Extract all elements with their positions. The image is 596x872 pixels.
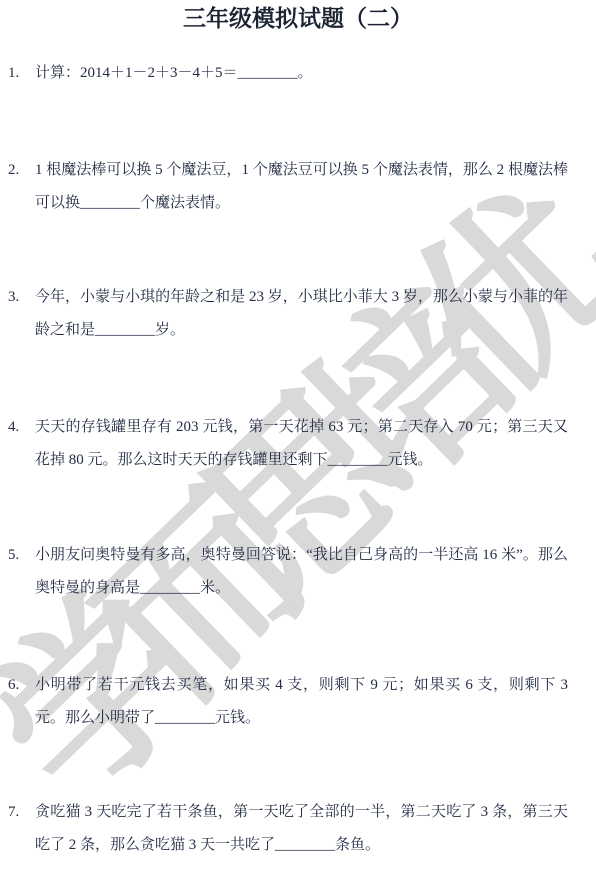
question-number: 3. [8,281,19,314]
question-text: 小明带了若干元钱去买笔，如果买 4 支，则剩下 9 元；如果买 6 支，则剩下 … [35,669,568,735]
question-text: 1 根魔法棒可以换 5 个魔法豆，1 个魔法豆可以换 5 个魔法表情，那么 2 … [35,154,568,220]
question-number: 7. [8,796,19,829]
question-item: 1. 计算：2014＋1－2＋3－4＋5＝________。 [8,57,568,90]
page-title: 三年级模拟试题（二） [0,4,596,34]
question-number: 1. [8,57,19,90]
question-number: 6. [8,669,19,702]
question-item: 7. 贪吃猫 3 天吃完了若干条鱼，第一天吃了全部的一半，第二天吃了 3 条，第… [8,796,568,862]
question-number: 5. [8,539,19,572]
question-text: 小朋友问奥特曼有多高，奥特曼回答说：“我比自己身高的一半还高 16 米”。那么奥… [35,539,568,605]
question-number: 4. [8,411,19,444]
watermark: 学而思培优 [0,136,596,858]
question-item: 4. 天天的存钱罐里存有 203 元钱，第一天花掉 63 元；第二天存入 70 … [8,411,568,477]
question-item: 2. 1 根魔法棒可以换 5 个魔法豆，1 个魔法豆可以换 5 个魔法表情，那么… [8,154,568,220]
question-text: 今年，小蒙与小琪的年龄之和是 23 岁，小琪比小菲大 3 岁，那么小蒙与小菲的年… [35,281,568,347]
question-number: 2. [8,154,19,187]
question-item: 6. 小明带了若干元钱去买笔，如果买 4 支，则剩下 9 元；如果买 6 支，则… [8,669,568,735]
question-item: 3. 今年，小蒙与小琪的年龄之和是 23 岁，小琪比小菲大 3 岁，那么小蒙与小… [8,281,568,347]
question-text: 计算：2014＋1－2＋3－4＋5＝________。 [35,57,568,90]
question-text: 天天的存钱罐里存有 203 元钱，第一天花掉 63 元；第二天存入 70 元；第… [35,411,568,477]
document-page: 学而思培优 三年级模拟试题（二） 1. 计算：2014＋1－2＋3－4＋5＝__… [0,0,596,872]
question-item: 5. 小朋友问奥特曼有多高，奥特曼回答说：“我比自己身高的一半还高 16 米”。… [8,539,568,605]
question-text: 贪吃猫 3 天吃完了若干条鱼，第一天吃了全部的一半，第二天吃了 3 条，第三天吃… [35,796,568,862]
